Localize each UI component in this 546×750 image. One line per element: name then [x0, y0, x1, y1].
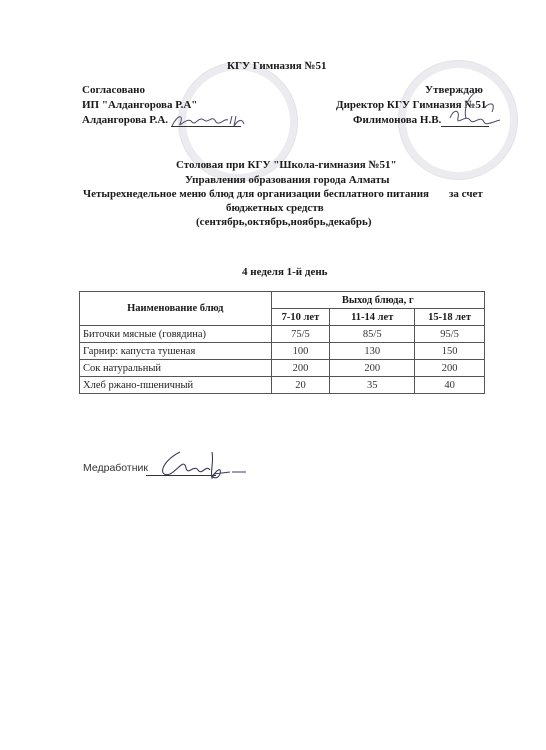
dish-name: Хлеб ржано-пшеничный	[80, 377, 272, 394]
title-line-3b: за счет	[449, 188, 483, 200]
table-header-row: Наименование блюд Выход блюда, г	[80, 292, 485, 309]
header-age-11-14: 11-14 лет	[330, 309, 415, 326]
portion-15-18: 95/5	[415, 326, 485, 343]
medworker-label: Медработник	[83, 462, 148, 474]
header-dish-name: Наименование блюд	[80, 292, 272, 326]
approval-left-person: Алдангорова Р.А.	[82, 114, 168, 126]
dish-name: Биточки мясные (говядина)	[80, 326, 272, 343]
portion-7-10: 200	[271, 360, 330, 377]
portion-7-10: 20	[271, 377, 330, 394]
header-age-7-10: 7-10 лет	[271, 309, 330, 326]
dish-name: Сок натуральный	[80, 360, 272, 377]
title-line-5: (сентябрь,октябрь,ноябрь,декабрь)	[196, 216, 372, 228]
portion-11-14: 85/5	[330, 326, 415, 343]
portion-15-18: 150	[415, 343, 485, 360]
title-line-3a: Четырехнедельное меню блюд для организац…	[83, 188, 429, 200]
dish-name: Гарнир: капуста тушеная	[80, 343, 272, 360]
portion-11-14: 200	[330, 360, 415, 377]
header-age-15-18: 15-18 лет	[415, 309, 485, 326]
header-portion-output: Выход блюда, г	[271, 292, 484, 309]
title-line-4: бюджетных средств	[226, 202, 324, 214]
medworker-signature	[150, 448, 250, 488]
signature-left	[168, 110, 248, 132]
table-row: Сок натуральный 200 200 200	[80, 360, 485, 377]
title-line-1: Столовая при КГУ "Школа-гимназия №51"	[176, 159, 397, 171]
portion-7-10: 100	[271, 343, 330, 360]
table-row: Биточки мясные (говядина) 75/5 85/5 95/5	[80, 326, 485, 343]
portion-11-14: 35	[330, 377, 415, 394]
title-line-2: Управления образования города Алматы	[185, 174, 389, 186]
approval-right-person: Филимонова Н.В.	[353, 114, 441, 126]
approval-left-label: Согласовано	[82, 84, 145, 96]
menu-table: Наименование блюд Выход блюда, г 7-10 ле…	[79, 291, 485, 394]
signature-right	[430, 88, 510, 138]
portion-7-10: 75/5	[271, 326, 330, 343]
table-row: Хлеб ржано-пшеничный 20 35 40	[80, 377, 485, 394]
table-row: Гарнир: капуста тушеная 100 130 150	[80, 343, 485, 360]
portion-11-14: 130	[330, 343, 415, 360]
org-title: КГУ Гимназия №51	[227, 60, 327, 72]
portion-15-18: 40	[415, 377, 485, 394]
day-label: 4 неделя 1-й день	[242, 266, 328, 278]
portion-15-18: 200	[415, 360, 485, 377]
